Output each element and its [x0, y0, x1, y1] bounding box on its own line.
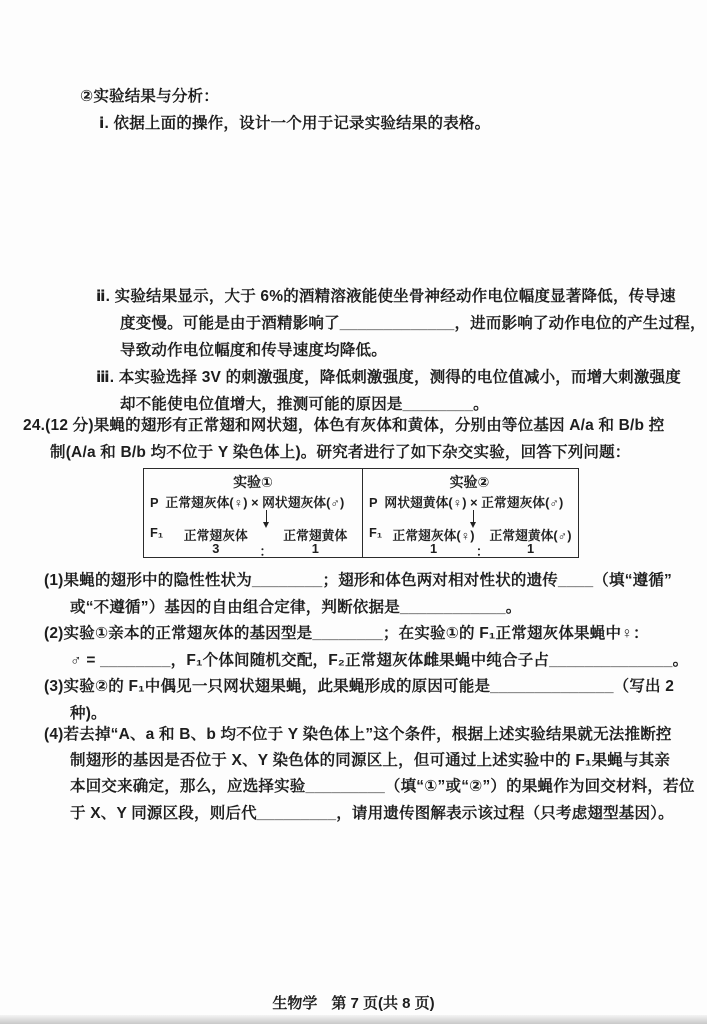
experiment1-ratio-sep: ：	[260, 541, 272, 560]
q24-sub2-line1: (2)实验①亲本的正常翅灰体的基因型是________；在实验①的 F₁正常翅灰…	[44, 624, 649, 644]
experiment2-ratio-right: 1	[488, 541, 573, 560]
q24-sub1-line1: (1)果蝇的翅形中的隐性性状为________；翅形和体色两对相对性状的遗传__…	[44, 571, 672, 591]
page-footer: 生物学 第 7 页(共 8 页)	[0, 992, 707, 1013]
q24-sub4-line2: 制翅形的基因是否位于 X、Y 染色体的同源区上，但可通过上述实验中的 F₁果蝇与…	[70, 751, 670, 771]
exam-paper-page: ②实验结果与分析： ⅰ. 依据上面的操作，设计一个用于记录实验结果的表格。 ⅱ.…	[0, 0, 707, 1024]
experiment2-parent-cross: P 网状翅黄体(♀) × 正常翅灰体(♂)	[369, 492, 563, 511]
cross-experiment-diagram: 实验① P 正常翅灰体(♀) × 网状翅灰体(♂) F₁ 正常翅灰体 正常翅黄体…	[143, 468, 579, 558]
experiment2-ratio-left: 1	[391, 541, 476, 560]
experiment1-ratio-right: 1	[272, 541, 360, 560]
experiment2-ratio-row: 1 ： 1	[369, 541, 573, 560]
scan-edge-shadow	[0, 1015, 707, 1024]
section2-header: ②实验结果与分析：	[80, 87, 219, 107]
q24-sub2-line2: ♂ = ________，F₁个体间随机交配，F₂正常翅灰体雌果蝇中纯合子占__…	[70, 651, 688, 671]
experiment1-parent-cross: P 正常翅灰体(♀) × 网状翅灰体(♂)	[150, 492, 344, 511]
footer-subject: 生物学	[272, 992, 317, 1013]
experiment1-panel: 实验① P 正常翅灰体(♀) × 网状翅灰体(♂) F₁ 正常翅灰体 正常翅黄体…	[144, 469, 363, 557]
q24-sub3-line2: 种)。	[70, 704, 107, 724]
q24-stem-line2: 制(A/a 和 B/b 均不位于 Y 染色体上)。研究者进行了如下杂交实验，回答…	[50, 443, 631, 463]
footer-page-info: 第 7 页(共 8 页)	[331, 992, 434, 1013]
item-i-text: ⅰ. 依据上面的操作，设计一个用于记录实验结果的表格。	[99, 114, 490, 134]
q24-sub1-line2: 或“不遵循”）基因的自由组合定律，判断依据是____________。	[70, 598, 521, 618]
experiment2-ratio-sep: ：	[476, 541, 488, 560]
q24-sub4-line3: 本回交来确定，那么，应选择实验_________（填“①”或“②”）的果蝇作为回…	[70, 777, 695, 797]
experiment1-ratio-spacer	[150, 541, 172, 560]
q24-sub3-line1: (3)实验②的 F₁中偶见一只网状翅果蝇，此果蝇形成的原因可能是________…	[44, 677, 674, 697]
experiment1-title: 实验①	[144, 472, 362, 492]
down-arrow-icon	[473, 510, 474, 525]
down-arrow-icon	[266, 510, 267, 525]
item-iii-line1: ⅲ. 本实验选择 3V 的刺激强度，降低刺激强度，测得的电位值减小，而增大刺激强…	[96, 368, 681, 388]
item-iii-line2: 却不能使电位值增大，推测可能的原因是________。	[120, 395, 489, 415]
item-ii-line1: ⅱ. 实验结果显示，大于 6%的酒精溶液能使坐骨神经动作电位幅度显著降低，传导速	[96, 287, 676, 307]
experiment2-ratio-spacer	[369, 541, 391, 560]
experiment1-ratio-row: 3 ： 1	[150, 541, 359, 560]
q24-sub4-line4: 于 X、Y 同源区段，则后代_________，请用遗传图解表示该过程（只考虑翅…	[70, 804, 674, 824]
q24-stem-line1: 24.(12 分)果蝇的翅形有正常翅和网状翅，体色有灰体和黄体，分别由等位基因 …	[23, 416, 664, 436]
experiment2-panel: 实验② P 网状翅黄体(♀) × 正常翅灰体(♂) F₁ 正常翅灰体(♀) 正常…	[363, 469, 576, 557]
experiment2-title: 实验②	[363, 472, 576, 492]
item-ii-line2: 度变慢。可能是由于酒精影响了_____________，进而影响了动作电位的产生…	[120, 314, 706, 334]
q24-sub4-line1: (4)若去掉“A、a 和 B、b 均不位于 Y 染色体上”这个条件，根据上述实验…	[44, 725, 672, 745]
experiment1-ratio-left: 3	[172, 541, 260, 560]
item-ii-line3: 导致动作电位幅度和传导速度均降低。	[120, 341, 387, 361]
